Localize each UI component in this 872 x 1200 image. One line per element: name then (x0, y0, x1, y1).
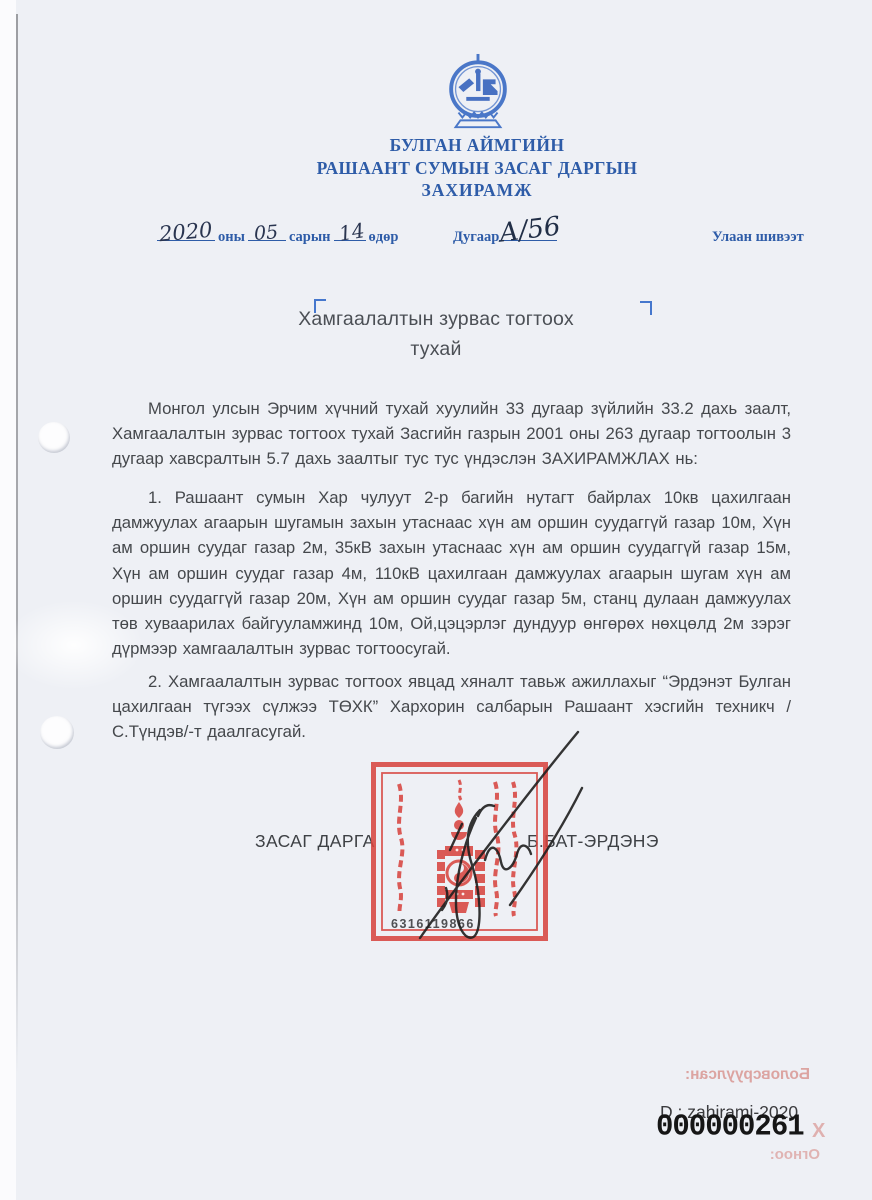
handwritten-day: 14 (337, 218, 366, 246)
title-line1: Хамгаалалтын зурвас тогтоох (92, 304, 780, 334)
month-blank: 05 (248, 228, 286, 241)
number-label: Дугаар (453, 229, 499, 245)
location-name: Улаан шивээт (712, 229, 804, 246)
document-number-line: ДугаарА/56 (453, 228, 557, 246)
title-line2: тухай (92, 334, 780, 364)
punch-hole-top (38, 422, 70, 453)
bleedthrough-text-1: Боловсруулсан: (645, 1066, 810, 1084)
year-blank: 2020 (157, 228, 215, 241)
page-edge-line (16, 14, 18, 1074)
document-title: Хамгаалалтын зурвас тогтоох тухай (92, 304, 780, 364)
bleedthrough-partial: Х (812, 1120, 825, 1143)
signer-position: ЗАСАГ ДАРГА (255, 831, 375, 852)
handwritten-year: 2020 (158, 218, 213, 247)
bleedthrough-text-2: Огноо: (742, 1146, 820, 1163)
order-item-1: 1. Рашаант сумын Хар чулуут 2-р багийн н… (112, 485, 791, 661)
day-blank: 14 (334, 228, 366, 241)
number-blank: А/56 (499, 228, 557, 241)
org-name-line2: РАШААНТ СУМЫН ЗАСАГ ДАРГЫН (82, 157, 872, 180)
handwritten-number: А/56 (498, 211, 563, 248)
org-name-line1: БУЛГАН АЙМГИЙН (82, 134, 872, 157)
punch-hole-bottom (40, 716, 74, 749)
registration-number-stamp: 000000261 (656, 1109, 804, 1143)
letterhead: БУЛГАН АЙМГИЙН РАШААНТ СУМЫН ЗАСАГ ДАРГЫ… (82, 134, 872, 202)
handwritten-month: 05 (253, 221, 279, 245)
month-label: сарын (289, 229, 331, 245)
scanned-document-page: БУЛГАН АЙМГИЙН РАШААНТ СУМЫН ЗАСАГ ДАРГЫ… (0, 0, 872, 1200)
preamble-paragraph: Монгол улсын Эрчим хүчний тухай хуулийн … (112, 396, 791, 472)
handwritten-signature (390, 710, 600, 955)
day-label: өдөр (369, 229, 399, 245)
document-type: ЗАХИРАМЖ (82, 179, 872, 202)
date-line: 2020оны05сарын14өдөр (157, 228, 401, 246)
year-label: оны (218, 229, 245, 245)
state-emblem-icon (437, 53, 519, 135)
